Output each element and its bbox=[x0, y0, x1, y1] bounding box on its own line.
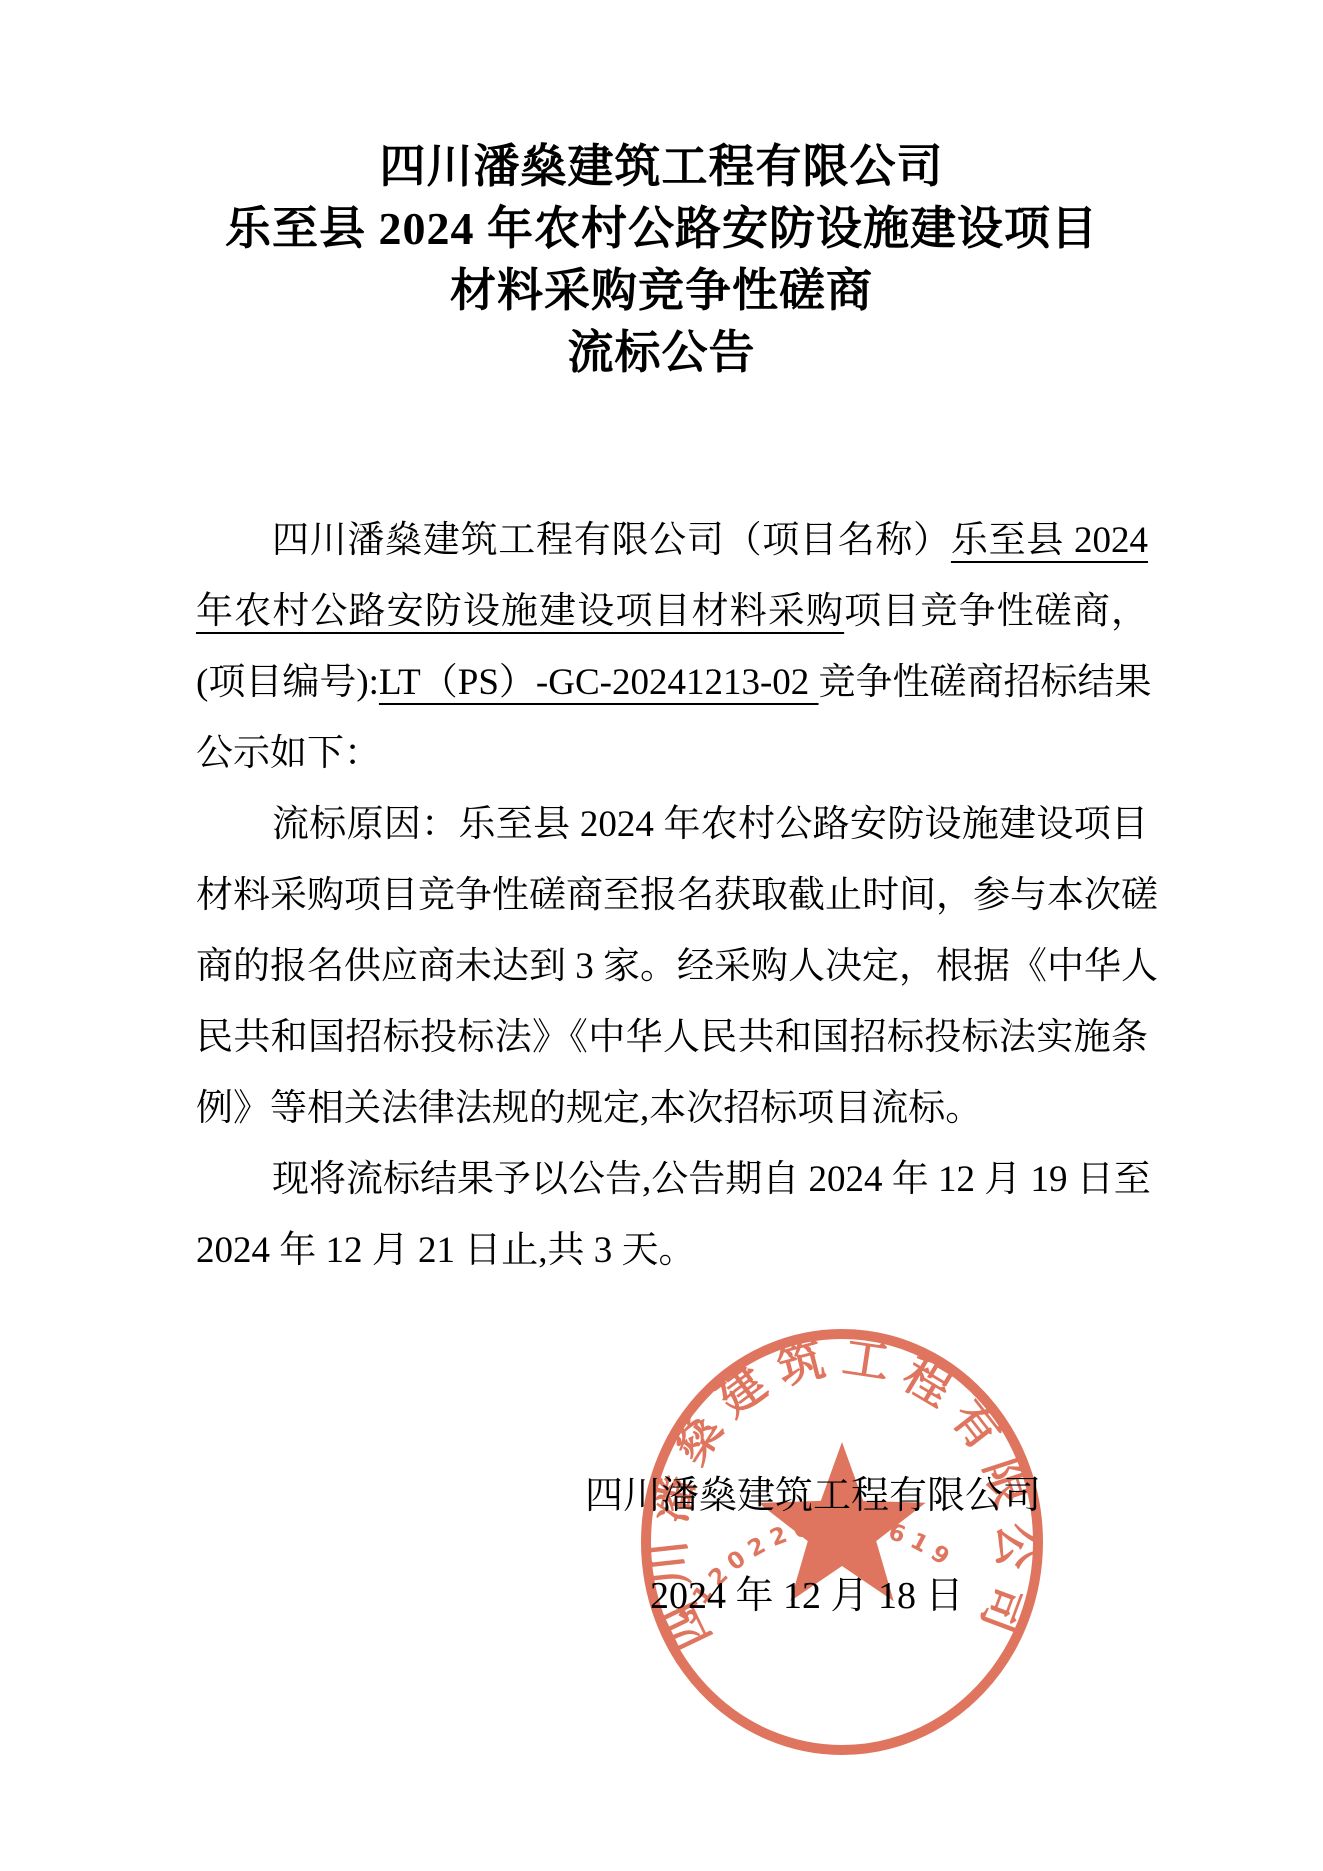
body-line: 年农村公路安防设施建设项目材料采购项目竞争性磋商， bbox=[196, 576, 1148, 647]
text-segment: 例》等相关法律法规的规定,本次招标项目流标。 bbox=[196, 1088, 982, 1129]
body-line: 公示如下： bbox=[196, 718, 1148, 789]
body-line: (项目编号):LT（PS）-GC-20241213-02 竞争性磋商招标结果 bbox=[196, 647, 1148, 718]
body-line: 例》等相关法律法规的规定,本次招标项目流标。 bbox=[196, 1073, 1148, 1144]
company-seal-stamp: 四川潘燊建筑工程有限公司 5120220033619 bbox=[632, 1322, 1052, 1762]
text-segment: 四川潘燊建筑工程有限公司（项目名称） bbox=[272, 520, 951, 561]
text-segment: 公示如下： bbox=[196, 733, 381, 774]
text-segment: 民共和国招标投标法》《中华人民共和国招标投标法实施条 bbox=[196, 1017, 1148, 1058]
body-line: 材料采购项目竞争性磋商至报名获取截止时间，参与本次磋 bbox=[196, 860, 1148, 931]
title-line-company: 四川潘燊建筑工程有限公司 bbox=[0, 136, 1323, 198]
title-line-notice-type: 流标公告 bbox=[0, 322, 1323, 384]
text-segment: (项目编号): bbox=[196, 662, 379, 703]
body-line: 民共和国招标投标法》《中华人民共和国招标投标法实施条 bbox=[196, 1002, 1148, 1073]
title-line-procurement: 材料采购竞争性磋商 bbox=[0, 260, 1323, 322]
body-lines: 四川潘燊建筑工程有限公司（项目名称）乐至县 2024年农村公路安防设施建设项目材… bbox=[196, 505, 1148, 1286]
body-line: 现将流标结果予以公告,公告期自 2024 年 12 月 19 日至 bbox=[196, 1144, 1148, 1215]
text-segment: 材料采购项目竞争性磋商至报名获取截止时间，参与本次磋 bbox=[196, 875, 1158, 916]
announcement-document-page: 四川潘燊建筑工程有限公司 乐至县 2024 年农村公路安防设施建设项目 材料采购… bbox=[0, 0, 1323, 1871]
underlined-text: 乐至县 2024 bbox=[951, 520, 1148, 561]
body-line: 流标原因：乐至县 2024 年农村公路安防设施建设项目 bbox=[196, 789, 1148, 860]
signature-company: 四川潘燊建筑工程有限公司 bbox=[585, 1468, 1041, 1524]
text-segment: 竞争性磋商招标结果 bbox=[819, 662, 1152, 703]
text-segment: 流标原因：乐至县 2024 年农村公路安防设施建设项目 bbox=[272, 804, 1148, 845]
title-line-project: 乐至县 2024 年农村公路安防设施建设项目 bbox=[0, 198, 1323, 260]
underlined-text: 年农村公路安防设施建设项目材料采购 bbox=[196, 591, 844, 632]
body-line: 四川潘燊建筑工程有限公司（项目名称）乐至县 2024 bbox=[196, 505, 1148, 576]
text-segment: 商的报名供应商未达到 3 家。经采购人决定，根据《中华人 bbox=[196, 946, 1158, 987]
body-line: 2024 年 12 月 21 日止,共 3 天。 bbox=[196, 1215, 1148, 1286]
underlined-text: LT（PS）-GC-20241213-02 bbox=[379, 662, 819, 703]
signature-date: 2024 年 12 月 18 日 bbox=[650, 1568, 964, 1624]
text-segment: 2024 年 12 月 21 日止,共 3 天。 bbox=[196, 1230, 696, 1271]
text-segment: 现将流标结果予以公告,公告期自 2024 年 12 月 19 日至 bbox=[272, 1159, 1151, 1200]
body-line: 商的报名供应商未达到 3 家。经采购人决定，根据《中华人 bbox=[196, 931, 1148, 1002]
text-segment: 项目竞争性磋商， bbox=[844, 591, 1148, 632]
document-title: 四川潘燊建筑工程有限公司 乐至县 2024 年农村公路安防设施建设项目 材料采购… bbox=[0, 136, 1323, 384]
